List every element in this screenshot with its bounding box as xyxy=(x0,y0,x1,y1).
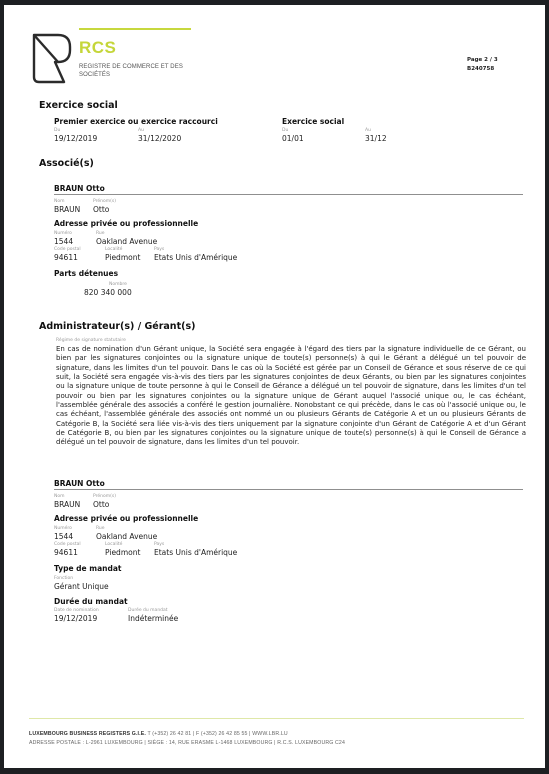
label-localite: Localité xyxy=(105,542,122,547)
page-reference: Page 2 / 3 B240758 xyxy=(467,56,498,74)
label-date-nomination: Date de nomination xyxy=(54,608,99,613)
address-rue: Oakland Avenue xyxy=(96,237,157,246)
address-code-postal: 94611 xyxy=(54,548,78,557)
section-title-associes: Associé(s) xyxy=(39,158,94,169)
associate-nom: BRAUN xyxy=(54,205,80,214)
first-exercice-to: 31/12/2020 xyxy=(138,134,181,143)
footer-address: ADRESSE POSTALE : L-2961 LUXEMBOURG | SI… xyxy=(29,740,345,746)
associate-prenom: Otto xyxy=(93,205,109,214)
address-pays: Etats Unis d'Amérique xyxy=(154,253,237,262)
mandat-type-title: Type de mandat xyxy=(54,564,121,573)
mandat-duree-title: Durée du mandat xyxy=(54,597,128,606)
address-localite: Piedmont xyxy=(105,253,140,262)
label-prenom: Prénom(s) xyxy=(93,199,116,204)
label-numero: Numéro xyxy=(54,231,72,236)
logo-accent-bar xyxy=(79,28,191,30)
address-pays: Etats Unis d'Amérique xyxy=(154,548,237,557)
logo-title: RCS xyxy=(79,38,116,58)
label-nom: Nom xyxy=(54,199,65,204)
page-number: Page 2 / 3 xyxy=(467,56,498,65)
divider xyxy=(54,489,523,490)
manager-name: BRAUN Otto xyxy=(54,479,105,488)
parts-nombre: 820 340 000 xyxy=(84,288,132,297)
label-regime-signature: Régime de signature statutaire xyxy=(56,338,126,343)
label-nombre: Nombre xyxy=(109,282,127,287)
label-to: Au xyxy=(138,128,144,133)
label-rue: Rue xyxy=(96,231,105,236)
label-numero: Numéro xyxy=(54,526,72,531)
address-numero: 1544 xyxy=(54,532,73,541)
footer-company: LUXEMBOURG BUSINESS REGISTERS G.I.E. xyxy=(29,731,146,737)
label-to: Au xyxy=(365,128,371,133)
regular-exercice-title: Exercice social xyxy=(282,117,344,126)
section-title-administrateurs: Administrateur(s) / Gérant(s) xyxy=(39,321,195,332)
address-localite: Piedmont xyxy=(105,548,140,557)
parts-title: Parts détenues xyxy=(54,269,118,278)
mandat-date-nomination: 19/12/2019 xyxy=(54,614,97,623)
label-pays: Pays xyxy=(154,542,164,547)
label-localite: Localité xyxy=(105,247,122,252)
address-title: Adresse privée ou professionnelle xyxy=(54,514,198,523)
manager-nom: BRAUN xyxy=(54,500,80,509)
first-exercice-title: Premier exercice ou exercice raccourci xyxy=(54,117,218,126)
label-nom: Nom xyxy=(54,494,65,499)
label-duree-mandat: Durée du mandat xyxy=(128,608,168,613)
first-exercice-from: 19/12/2019 xyxy=(54,134,97,143)
rcs-logo-icon xyxy=(31,32,75,86)
address-title: Adresse privée ou professionnelle xyxy=(54,219,198,228)
regime-signature-text: En cas de nomination d'un Gérant unique,… xyxy=(56,345,526,448)
mandat-duree: Indéterminée xyxy=(128,614,178,623)
divider xyxy=(54,194,523,195)
label-from: Du xyxy=(54,128,60,133)
registration-number: B240758 xyxy=(467,65,498,74)
label-from: Du xyxy=(282,128,288,133)
footer-contact-line: LUXEMBOURG BUSINESS REGISTERS G.I.E. T (… xyxy=(29,731,288,737)
section-title-exercice: Exercice social xyxy=(39,100,118,111)
label-fonction: Fonction xyxy=(54,576,73,581)
manager-prenom: Otto xyxy=(93,500,109,509)
mandat-fonction: Gérant Unique xyxy=(54,582,109,591)
label-code-postal: Code postal xyxy=(54,247,81,252)
label-rue: Rue xyxy=(96,526,105,531)
regular-exercice-to: 31/12 xyxy=(365,134,387,143)
label-pays: Pays xyxy=(154,247,164,252)
label-prenom: Prénom(s) xyxy=(93,494,116,499)
address-rue: Oakland Avenue xyxy=(96,532,157,541)
logo-subtitle: Registre de commerce et des sociétés xyxy=(79,63,189,79)
address-code-postal: 94611 xyxy=(54,253,78,262)
label-code-postal: Code postal xyxy=(54,542,81,547)
footer-divider xyxy=(29,718,524,719)
regular-exercice-from: 01/01 xyxy=(282,134,304,143)
associate-name: BRAUN Otto xyxy=(54,184,105,193)
address-numero: 1544 xyxy=(54,237,73,246)
document-page: RCS Registre de commerce et des sociétés… xyxy=(4,5,545,768)
footer-contact: T (+352) 26 42 81 | F (+352) 26 42 85 55… xyxy=(147,731,287,737)
